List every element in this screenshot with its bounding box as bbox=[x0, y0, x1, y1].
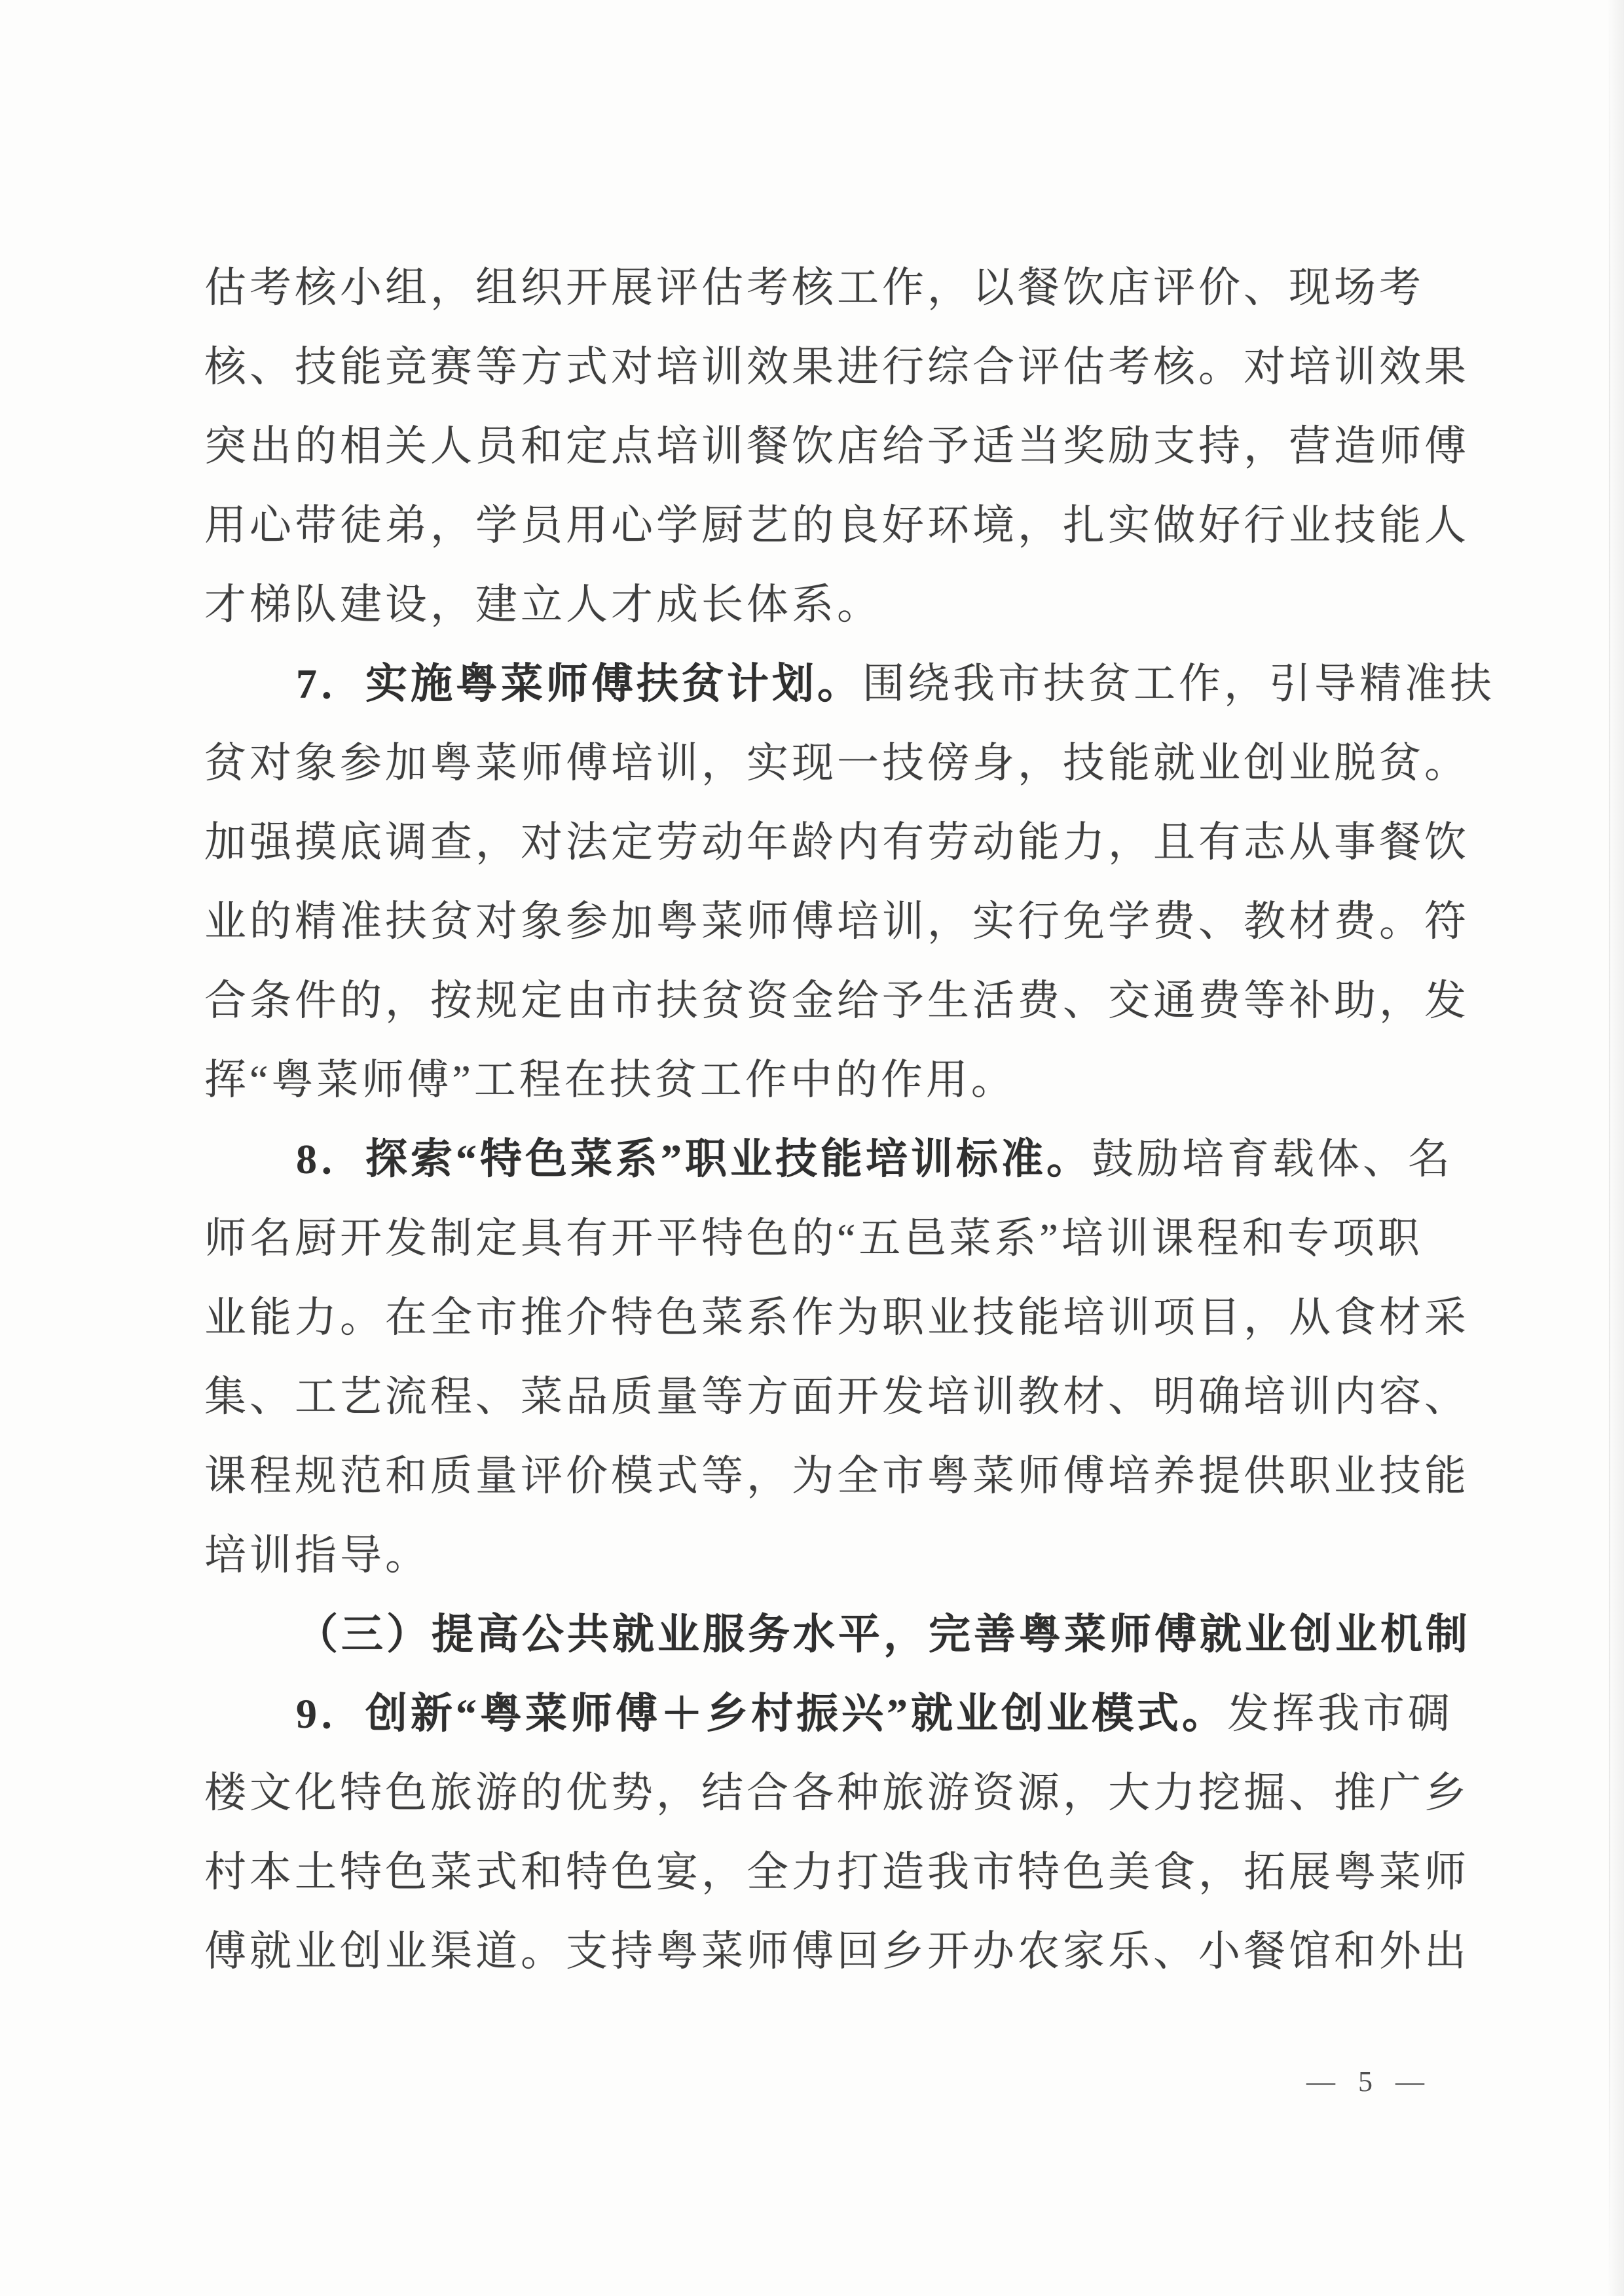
paragraph-9-heading-run: 9．创新“粤菜师傅＋乡村振兴”就业创业模式。 bbox=[296, 1690, 1227, 1737]
section-3-heading-run: （三）提高公共就业服务水平，完善粤菜师傅就业创业机制 bbox=[296, 1611, 1471, 1658]
paragraph-9-first-line: 9．创新“粤菜师傅＋乡村振兴”就业创业模式。发挥我市碉 bbox=[204, 1674, 1445, 1753]
text-run: 突出的相关人员和定点培训餐饮店给予适当奖励支持，营造师傅 bbox=[204, 423, 1469, 469]
document-page: 估考核小组，组织开展评估考核工作，以餐饮店评价、现场考 核、技能竞赛等方式对培训… bbox=[0, 0, 1624, 2296]
text-run: 楼文化特色旅游的优势，结合各种旅游资源，大力挖掘、推广乡 bbox=[204, 1770, 1469, 1816]
paragraph-8-heading-run: 8．探索“特色菜系”职业技能培训标准。 bbox=[296, 1136, 1092, 1182]
scan-edge-line bbox=[1609, 0, 1610, 2296]
text-run: 培训指导。 bbox=[204, 1532, 430, 1578]
text-run: 业能力。在全市推介特色菜系作为职业技能培训项目，从食材采 bbox=[204, 1294, 1469, 1341]
text-line: 楼文化特色旅游的优势，结合各种旅游资源，大力挖掘、推广乡 bbox=[204, 1753, 1445, 1832]
section-3-heading: （三）提高公共就业服务水平，完善粤菜师傅就业创业机制 bbox=[204, 1595, 1445, 1674]
text-run: 发挥我市碉 bbox=[1227, 1690, 1453, 1737]
text-line: 集、工艺流程、菜品质量等方面开发培训教材、明确培训内容、 bbox=[204, 1357, 1445, 1436]
text-line: 合条件的，按规定由市扶贫资金给予生活费、交通费等补助，发 bbox=[204, 961, 1445, 1040]
text-run: 核、技能竞赛等方式对培训效果进行综合评估考核。对培训效果 bbox=[204, 344, 1469, 390]
text-line: 村本土特色菜式和特色宴，全力打造我市特色美食，拓展粤菜师 bbox=[204, 1832, 1445, 1912]
page-number: — 5 — bbox=[1306, 2062, 1432, 2102]
text-run: 课程规范和质量评价模式等，为全市粤菜师傅培养提供职业技能 bbox=[204, 1453, 1469, 1499]
text-line: 核、技能竞赛等方式对培训效果进行综合评估考核。对培训效果 bbox=[204, 327, 1445, 407]
text-line: 突出的相关人员和定点培训餐饮店给予适当奖励支持，营造师傅 bbox=[204, 407, 1445, 486]
text-line: 加强摸底调查，对法定劳动年龄内有劳动能力，且有志从事餐饮 bbox=[204, 803, 1445, 882]
text-run: 鼓励培育载体、名 bbox=[1092, 1136, 1453, 1182]
text-line: 傅就业创业渠道。支持粤菜师傅回乡开办农家乐、小餐馆和外出 bbox=[204, 1912, 1445, 1991]
text-line: 估考核小组，组织开展评估考核工作，以餐饮店评价、现场考 bbox=[204, 248, 1445, 327]
text-line: 挥“粤菜师傅”工程在扶贫工作中的作用。 bbox=[204, 1040, 1445, 1120]
text-run: 村本土特色菜式和特色宴，全力打造我市特色美食，拓展粤菜师 bbox=[204, 1849, 1469, 1895]
text-line: 贫对象参加粤菜师傅培训，实现一技傍身，技能就业创业脱贫。 bbox=[204, 723, 1445, 803]
text-run: 师名厨开发制定具有开平特色的“五邑菜系”培训课程和专项职 bbox=[204, 1215, 1423, 1262]
text-line: 课程规范和质量评价模式等，为全市粤菜师傅培养提供职业技能 bbox=[204, 1436, 1445, 1516]
paragraph-8-first-line: 8．探索“特色菜系”职业技能培训标准。鼓励培育载体、名 bbox=[204, 1120, 1445, 1199]
text-line: 业的精准扶贫对象参加粤菜师傅培训，实行免学费、教材费。符 bbox=[204, 882, 1445, 961]
text-line: 师名厨开发制定具有开平特色的“五邑菜系”培训课程和专项职 bbox=[204, 1199, 1445, 1278]
text-run: 加强摸底调查，对法定劳动年龄内有劳动能力，且有志从事餐饮 bbox=[204, 819, 1469, 866]
text-run: 挥“粤菜师傅”工程在扶贫工作中的作用。 bbox=[204, 1057, 1016, 1103]
text-run: 用心带徒弟，学员用心学厨艺的良好环境，扎实做好行业技能人 bbox=[204, 502, 1469, 549]
text-run: 估考核小组，组织开展评估考核工作，以餐饮店评价、现场考 bbox=[204, 264, 1424, 311]
text-line: 才梯队建设，建立人才成长体系。 bbox=[204, 565, 1445, 644]
paragraph-7-heading-run: 7．实施粤菜师傅扶贫计划。 bbox=[296, 661, 862, 707]
text-run: 围绕我市扶贫工作，引导精准扶 bbox=[862, 661, 1495, 707]
text-line: 业能力。在全市推介特色菜系作为职业技能培训项目，从食材采 bbox=[204, 1278, 1445, 1357]
text-run: 才梯队建设，建立人才成长体系。 bbox=[204, 581, 882, 628]
document-body: 估考核小组，组织开展评估考核工作，以餐饮店评价、现场考 核、技能竞赛等方式对培训… bbox=[204, 248, 1445, 1991]
text-run: 贫对象参加粤菜师傅培训，实现一技傍身，技能就业创业脱贫。 bbox=[204, 740, 1469, 786]
text-run: 合条件的，按规定由市扶贫资金给予生活费、交通费等补助，发 bbox=[204, 977, 1469, 1024]
text-run: 业的精准扶贫对象参加粤菜师傅培训，实行免学费、教材费。符 bbox=[204, 898, 1469, 945]
text-line: 培训指导。 bbox=[204, 1516, 1445, 1595]
text-line: 用心带徒弟，学员用心学厨艺的良好环境，扎实做好行业技能人 bbox=[204, 486, 1445, 565]
text-run: 傅就业创业渠道。支持粤菜师傅回乡开办农家乐、小餐馆和外出 bbox=[204, 1928, 1469, 1975]
paragraph-7-first-line: 7．实施粤菜师傅扶贫计划。围绕我市扶贫工作，引导精准扶 bbox=[204, 644, 1445, 723]
text-run: 集、工艺流程、菜品质量等方面开发培训教材、明确培训内容、 bbox=[204, 1374, 1469, 1420]
